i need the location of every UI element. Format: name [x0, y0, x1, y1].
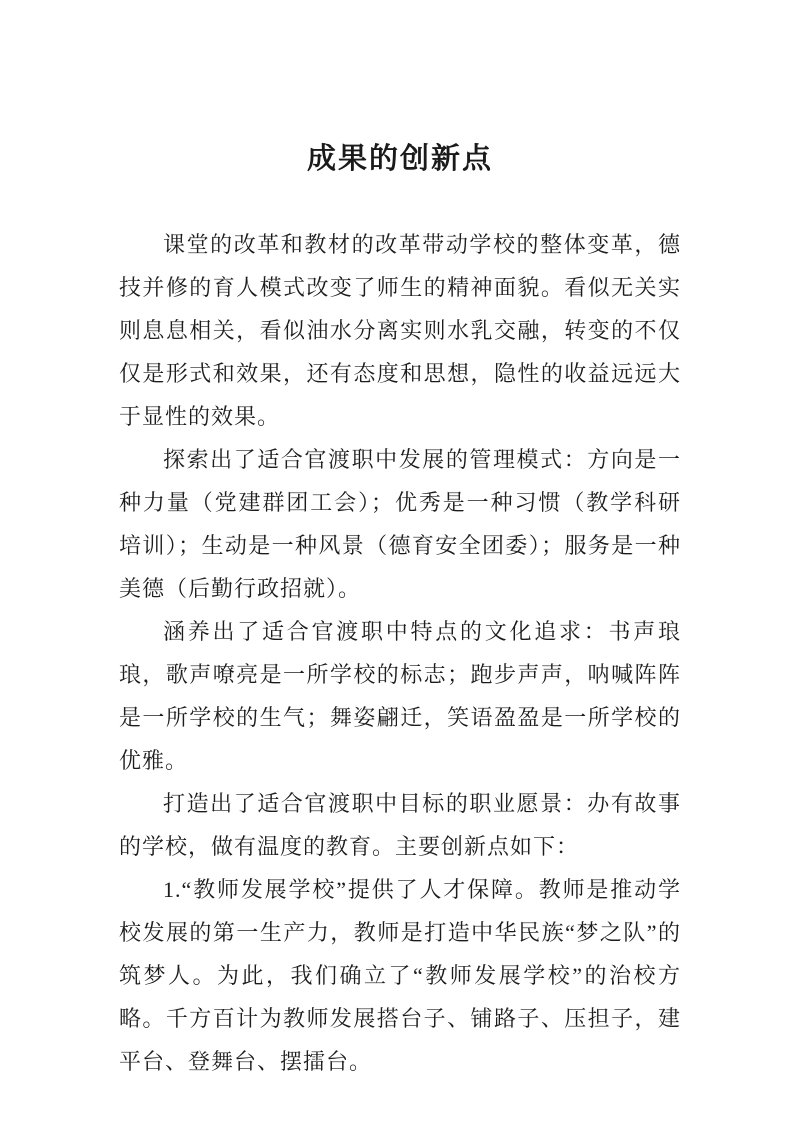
- paragraph: 涵养出了适合官渡职中特点的文化追求：书声琅琅，歌声嘹亮是一所学校的标志；跑步声声…: [119, 610, 681, 782]
- document-title: 成果的创新点: [0, 0, 800, 177]
- paragraph: 课堂的改革和教材的改革带动学校的整体变革，德技并修的育人模式改变了师生的精神面貌…: [119, 223, 681, 438]
- document-body: 课堂的改革和教材的改革带动学校的整体变革，德技并修的育人模式改变了师生的精神面貌…: [119, 223, 681, 1083]
- paragraph: 探索出了适合官渡职中发展的管理模式：方向是一种力量（党建群团工会）；优秀是一种习…: [119, 438, 681, 610]
- paragraph: 1.“教师发展学校”提供了人才保障。教师是推动学校发展的第一生产力，教师是打造中…: [119, 868, 681, 1083]
- document-page: 成果的创新点 课堂的改革和教材的改革带动学校的整体变革，德技并修的育人模式改变了…: [0, 0, 800, 1131]
- paragraph: 打造出了适合官渡职中目标的职业愿景：办有故事的学校，做有温度的教育。主要创新点如…: [119, 782, 681, 868]
